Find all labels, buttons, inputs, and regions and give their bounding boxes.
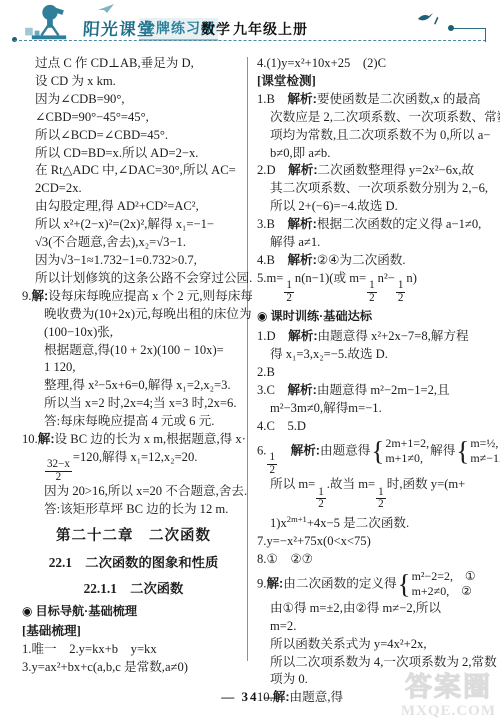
- text-line: 1.B 解析:要使函数是二次函数,x 的最高: [257, 91, 488, 109]
- text-line: 4.B 解析:②④为二次函数.: [257, 252, 488, 270]
- text-line: 8.① ②⑦: [257, 551, 488, 569]
- fraction: 12: [376, 487, 386, 511]
- fraction: 12: [267, 452, 277, 476]
- text-line: 3.C 解析:由题意得 m²−2m−1=2,且: [257, 382, 488, 400]
- text-line: 所以 m=12.故当 m=12时,函数 y=(m+: [257, 476, 488, 510]
- header-divider-rule: [14, 40, 486, 41]
- text-line: 1)x2m+1+4x−5 是二次函数.: [257, 511, 488, 533]
- text-line: m=2.: [257, 618, 488, 636]
- bracket-subheader: [课堂检测]: [257, 73, 488, 91]
- text-line: 10.解:设 BC 边的长为 x m,根据题意,得 x·: [22, 431, 245, 449]
- text-line: 项为 0.: [257, 671, 488, 689]
- fraction: 32−x2: [45, 459, 72, 483]
- equation-system: {2m+1=2,m+1≠0,: [371, 436, 429, 467]
- section-heading: 22.1.1 二次函数: [22, 580, 245, 598]
- text-line: 3.y=ax²+bx+c(a,b,c 是常数,a≠0): [22, 659, 245, 677]
- text-line: 2CD=2x.: [22, 180, 245, 198]
- section-flower-icon: ◉: [22, 604, 32, 618]
- text-line: 所以∠BCD=∠CBD=45°.: [22, 127, 245, 145]
- text-line: 晚收费为(10+2x)元,每晚出租的床位为: [22, 306, 245, 324]
- text-line: 1.D 解析:由题意得 x²+2x−7=8,解方程: [257, 328, 488, 346]
- chapter-heading: 第二十二章 二次函数: [22, 528, 245, 546]
- text-line: 所以函数关系式为 y=4x²+2x,: [257, 636, 488, 654]
- text-line: 所以计划修筑的这条公路不会穿过公园.: [22, 270, 245, 288]
- text-line: 次数应是 2,二次项系数、一次项系数、常数: [257, 109, 488, 127]
- text-line: (100−10x)张,: [22, 324, 245, 342]
- fraction: 12: [316, 487, 326, 511]
- text-line: 7.y=−x²+75x(0<x<75): [257, 533, 488, 551]
- text-line: 项均为常数,且二次项系数不为 0,所以 a−: [257, 127, 488, 145]
- text-line: 4.(1)y=x²+10x+25 (2)C: [257, 55, 488, 73]
- workbook-answer-page: 阳光课堂 金牌练习册 数学 九年级上册 过点 C 作 CD⊥AB,垂足为 D,设…: [0, 0, 500, 719]
- text-line: 4.C 5.D: [257, 418, 488, 436]
- text-line: 2.B: [257, 364, 488, 382]
- text-line: 9.解:由二次函数的定义得{m²−2=2, ①m+2≠0, ②: [257, 569, 488, 600]
- text-line: 所以二次项系数为 4,一次项系数为 2,常数: [257, 654, 488, 672]
- text-line: 1.唯一 2.y=kx+b y=kx: [22, 641, 245, 659]
- column-divider: [247, 57, 248, 661]
- section-flower-icon: ◉: [257, 309, 267, 323]
- observatory-logo-icon: [20, 2, 78, 44]
- left-column: 过点 C 作 CD⊥AB,垂足为 D,设 CD 为 x km.因为∠CDB=90…: [22, 55, 245, 676]
- text-line: 2.D 解析:二次函数整理得 y=2x²−6x,故: [257, 162, 488, 180]
- text-line: 由①得 m=±2,由②得 m≠−2,所以: [257, 600, 488, 618]
- text-line: 所以 CD=BD=x.所以 AD=2−x.: [22, 145, 245, 163]
- grade-label: 九年级上册: [233, 19, 308, 39]
- text-line: 答:该矩形草坪 BC 边的长为 12 m.: [22, 501, 245, 519]
- module-header: ◉课时训练·基础达标: [257, 308, 488, 326]
- subject-label: 数学: [201, 19, 231, 39]
- text-line: 过点 C 作 CD⊥AB,垂足为 D,: [22, 55, 245, 73]
- fraction: 12: [396, 280, 406, 304]
- text-line: 得 x₁=3,x₂=−5.故选 D.: [257, 346, 488, 364]
- paper-plane-icon: [98, 4, 114, 14]
- section-heading: 22.1 二次函数的图象和性质: [22, 554, 245, 572]
- text-line: 因为∠CDB=90°,: [22, 91, 245, 109]
- equation-system: {m=½,m≠−1.: [456, 436, 500, 467]
- text-line: 其二次项系数、一次项系数分别为 2,−6,: [257, 180, 488, 198]
- bird-icon: [416, 12, 442, 26]
- module-header: ◉目标导航·基础梳理: [22, 603, 245, 621]
- fraction: 12: [367, 280, 377, 304]
- header-hook-dot: [448, 25, 454, 31]
- text-line: 解得 a≠1.: [257, 234, 488, 252]
- text-line: 因为√3−1≈1.732−1=0.732>0.7,: [22, 252, 245, 270]
- text-line: 所以 x²+(2−x)²=(2x)²,解得 x₁=−1−: [22, 216, 245, 234]
- text-line: 整理,得 x²−5x+6=0,解得 x₁=2,x₂=3.: [22, 377, 245, 395]
- text-line: 6.12 解析:由题意得{2m+1=2,m+1≠0,解得{m=½,m≠−1.: [257, 436, 488, 477]
- text-line: 所以当 x=2 时,2x=4;当 x=3 时,2x=6.: [22, 395, 245, 413]
- right-column: 4.(1)y=x²+10x+25 (2)C[课堂检测]1.B 解析:要使函数是二…: [257, 55, 488, 707]
- text-line: 3.B 解析:根据二次函数的定义得 a−1≠0,: [257, 216, 488, 234]
- text-line: 9.解:设每床每晚应提高 x 个 2 元,则每床每: [22, 288, 245, 306]
- text-line: 所以 2+(−6)=−4.故选 D.: [257, 198, 488, 216]
- text-line: b≠0,即 a≠b.: [257, 145, 488, 163]
- text-line: 根据题意,得(10 + 2x)(100 − 10x)=: [22, 342, 245, 360]
- equation-system: {m²−2=2, ①m+2≠0, ②: [398, 569, 476, 600]
- header-corner-hook: [453, 28, 486, 42]
- page-header: 阳光课堂 金牌练习册 数学 九年级上册: [0, 0, 500, 52]
- text-line: 32−x2=120,解得 x₁=12,x₂=20.: [22, 449, 245, 483]
- text-line: ∠CBD=90°−45°=45°,: [22, 109, 245, 127]
- fraction: 12: [284, 280, 294, 304]
- text-line: 5.m=12n(n−1)(或 m=12n²−12n): [257, 270, 488, 304]
- bracket-subheader: [基础梳理]: [22, 623, 245, 641]
- text-line: √3(不合题意,舍去),x₂=√3−1.: [22, 234, 245, 252]
- text-line: 1 120,: [22, 359, 245, 377]
- text-line: 答:每床每晚应提高 4 元或 6 元.: [22, 413, 245, 431]
- text-line: m²−3m≠0,解得m=−1.: [257, 400, 488, 418]
- page-number: — 34 —: [0, 689, 500, 705]
- text-line: 设 CD 为 x km.: [22, 73, 245, 91]
- text-line: 因为 20>16,所以 x=20 不合题意,舍去.: [22, 483, 245, 501]
- text-line: 由勾股定理,得 AD²+CD²=AC²,: [22, 198, 245, 216]
- text-line: 在 Rt△ADC 中,∠DAC=30°,所以 AC=: [22, 162, 245, 180]
